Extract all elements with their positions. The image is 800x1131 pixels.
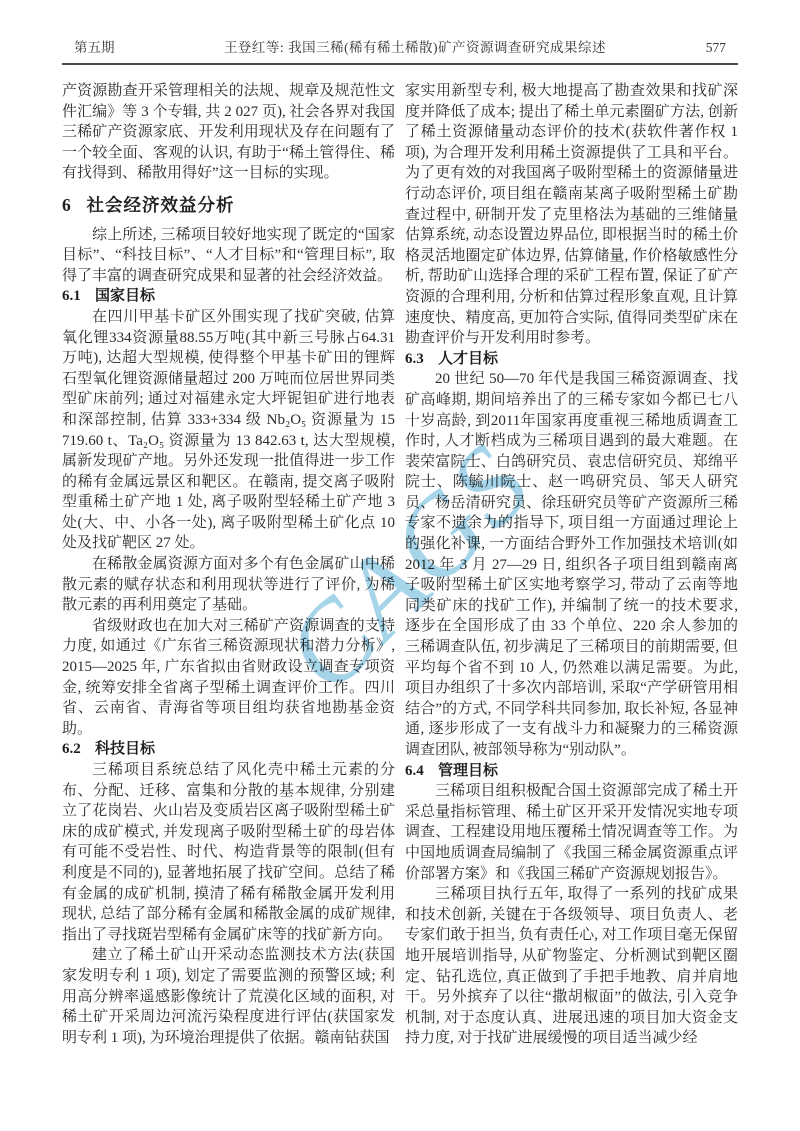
section-heading-6: 6社会经济效益分析	[62, 195, 395, 216]
subsection-title: 国家目标	[95, 288, 155, 304]
paragraph: 在四川甲基卡矿区外围实现了找矿突破, 估算氧化锂334资源量88.55万吨(其中…	[62, 307, 395, 554]
paragraph: 家实用新型专利, 极大地提高了勘查效果和找矿深度并降低了成本; 提出了稀土单元素…	[405, 81, 738, 349]
journal-issue: 第五期	[74, 36, 144, 56]
subsection-number: 6.3	[405, 351, 424, 367]
two-column-body: 产资源勘查开采管理相关的法规、规章及规范性文件汇编》等 3 个专辑, 共 2 0…	[62, 81, 738, 1049]
paragraph: 三稀项目组积极配合国土资源部完成了稀土开采总量指标管理、稀土矿区开采开发情况实地…	[405, 781, 738, 884]
paragraph: 产资源勘查开采管理相关的法规、规章及规范性文件汇编》等 3 个专辑, 共 2 0…	[62, 81, 395, 184]
paragraph: 省级财政也在加大对三稀矿产资源调查的支持力度, 如通过《广东省三稀资源现状和潜力…	[62, 616, 395, 740]
right-column: 家实用新型专利, 极大地提高了勘查效果和找矿深度并降低了成本; 提出了稀土单元素…	[405, 81, 738, 1049]
paragraph: 综上所述, 三稀项目较好地实现了既定的“国家目标”、“科技目标”、“人才目标”和…	[62, 225, 395, 287]
paragraph: 在稀散金属资源方面对多个有色金属矿山中稀散元素的赋存状态和利用现状等进行了评价,…	[62, 554, 395, 616]
running-title: 王登红等: 我国三稀(稀有稀土稀散)矿产资源调查研究成果综述	[144, 36, 686, 56]
subsection-heading-6-2: 6.2科技目标	[62, 739, 395, 760]
paragraph: 20 世纪 50—70 年代是我国三稀资源调查、找矿高峰期, 期间培养出了的三稀…	[405, 369, 738, 760]
page-header: 第五期 王登红等: 我国三稀(稀有稀土稀散)矿产资源调查研究成果综述 577	[62, 36, 738, 65]
subsection-number: 6.1	[62, 288, 81, 304]
subsection-number: 6.4	[405, 763, 424, 779]
page-number: 577	[686, 40, 726, 56]
paragraph: 三稀项目执行五年, 取得了一系列的找矿成果和技术创新, 关键在于各级领导、项目负…	[405, 884, 738, 1049]
paragraph: 三稀项目系统总结了风化壳中稀土元素的分布、分配、迁移、富集和分散的基本规律, 分…	[62, 760, 395, 945]
subsection-heading-6-3: 6.3人才目标	[405, 349, 738, 370]
subsection-heading-6-1: 6.1国家目标	[62, 286, 395, 307]
section-title: 社会经济效益分析	[87, 195, 235, 215]
left-column: 产资源勘查开采管理相关的法规、规章及规范性文件汇编》等 3 个专辑, 共 2 0…	[62, 81, 395, 1049]
subsection-title: 人才目标	[438, 351, 498, 367]
subsection-title: 管理目标	[438, 763, 498, 779]
paragraph: 建立了稀土矿山开采动态监测技术方法(获国家发明专利 1 项), 划定了需要监测的…	[62, 945, 395, 1048]
subsection-title: 科技目标	[95, 741, 155, 757]
subsection-heading-6-4: 6.4管理目标	[405, 761, 738, 782]
paper-page: 第五期 王登红等: 我国三稀(稀有稀土稀散)矿产资源调查研究成果综述 577 C…	[0, 0, 800, 1131]
subsection-number: 6.2	[62, 741, 81, 757]
section-number: 6	[62, 195, 71, 215]
